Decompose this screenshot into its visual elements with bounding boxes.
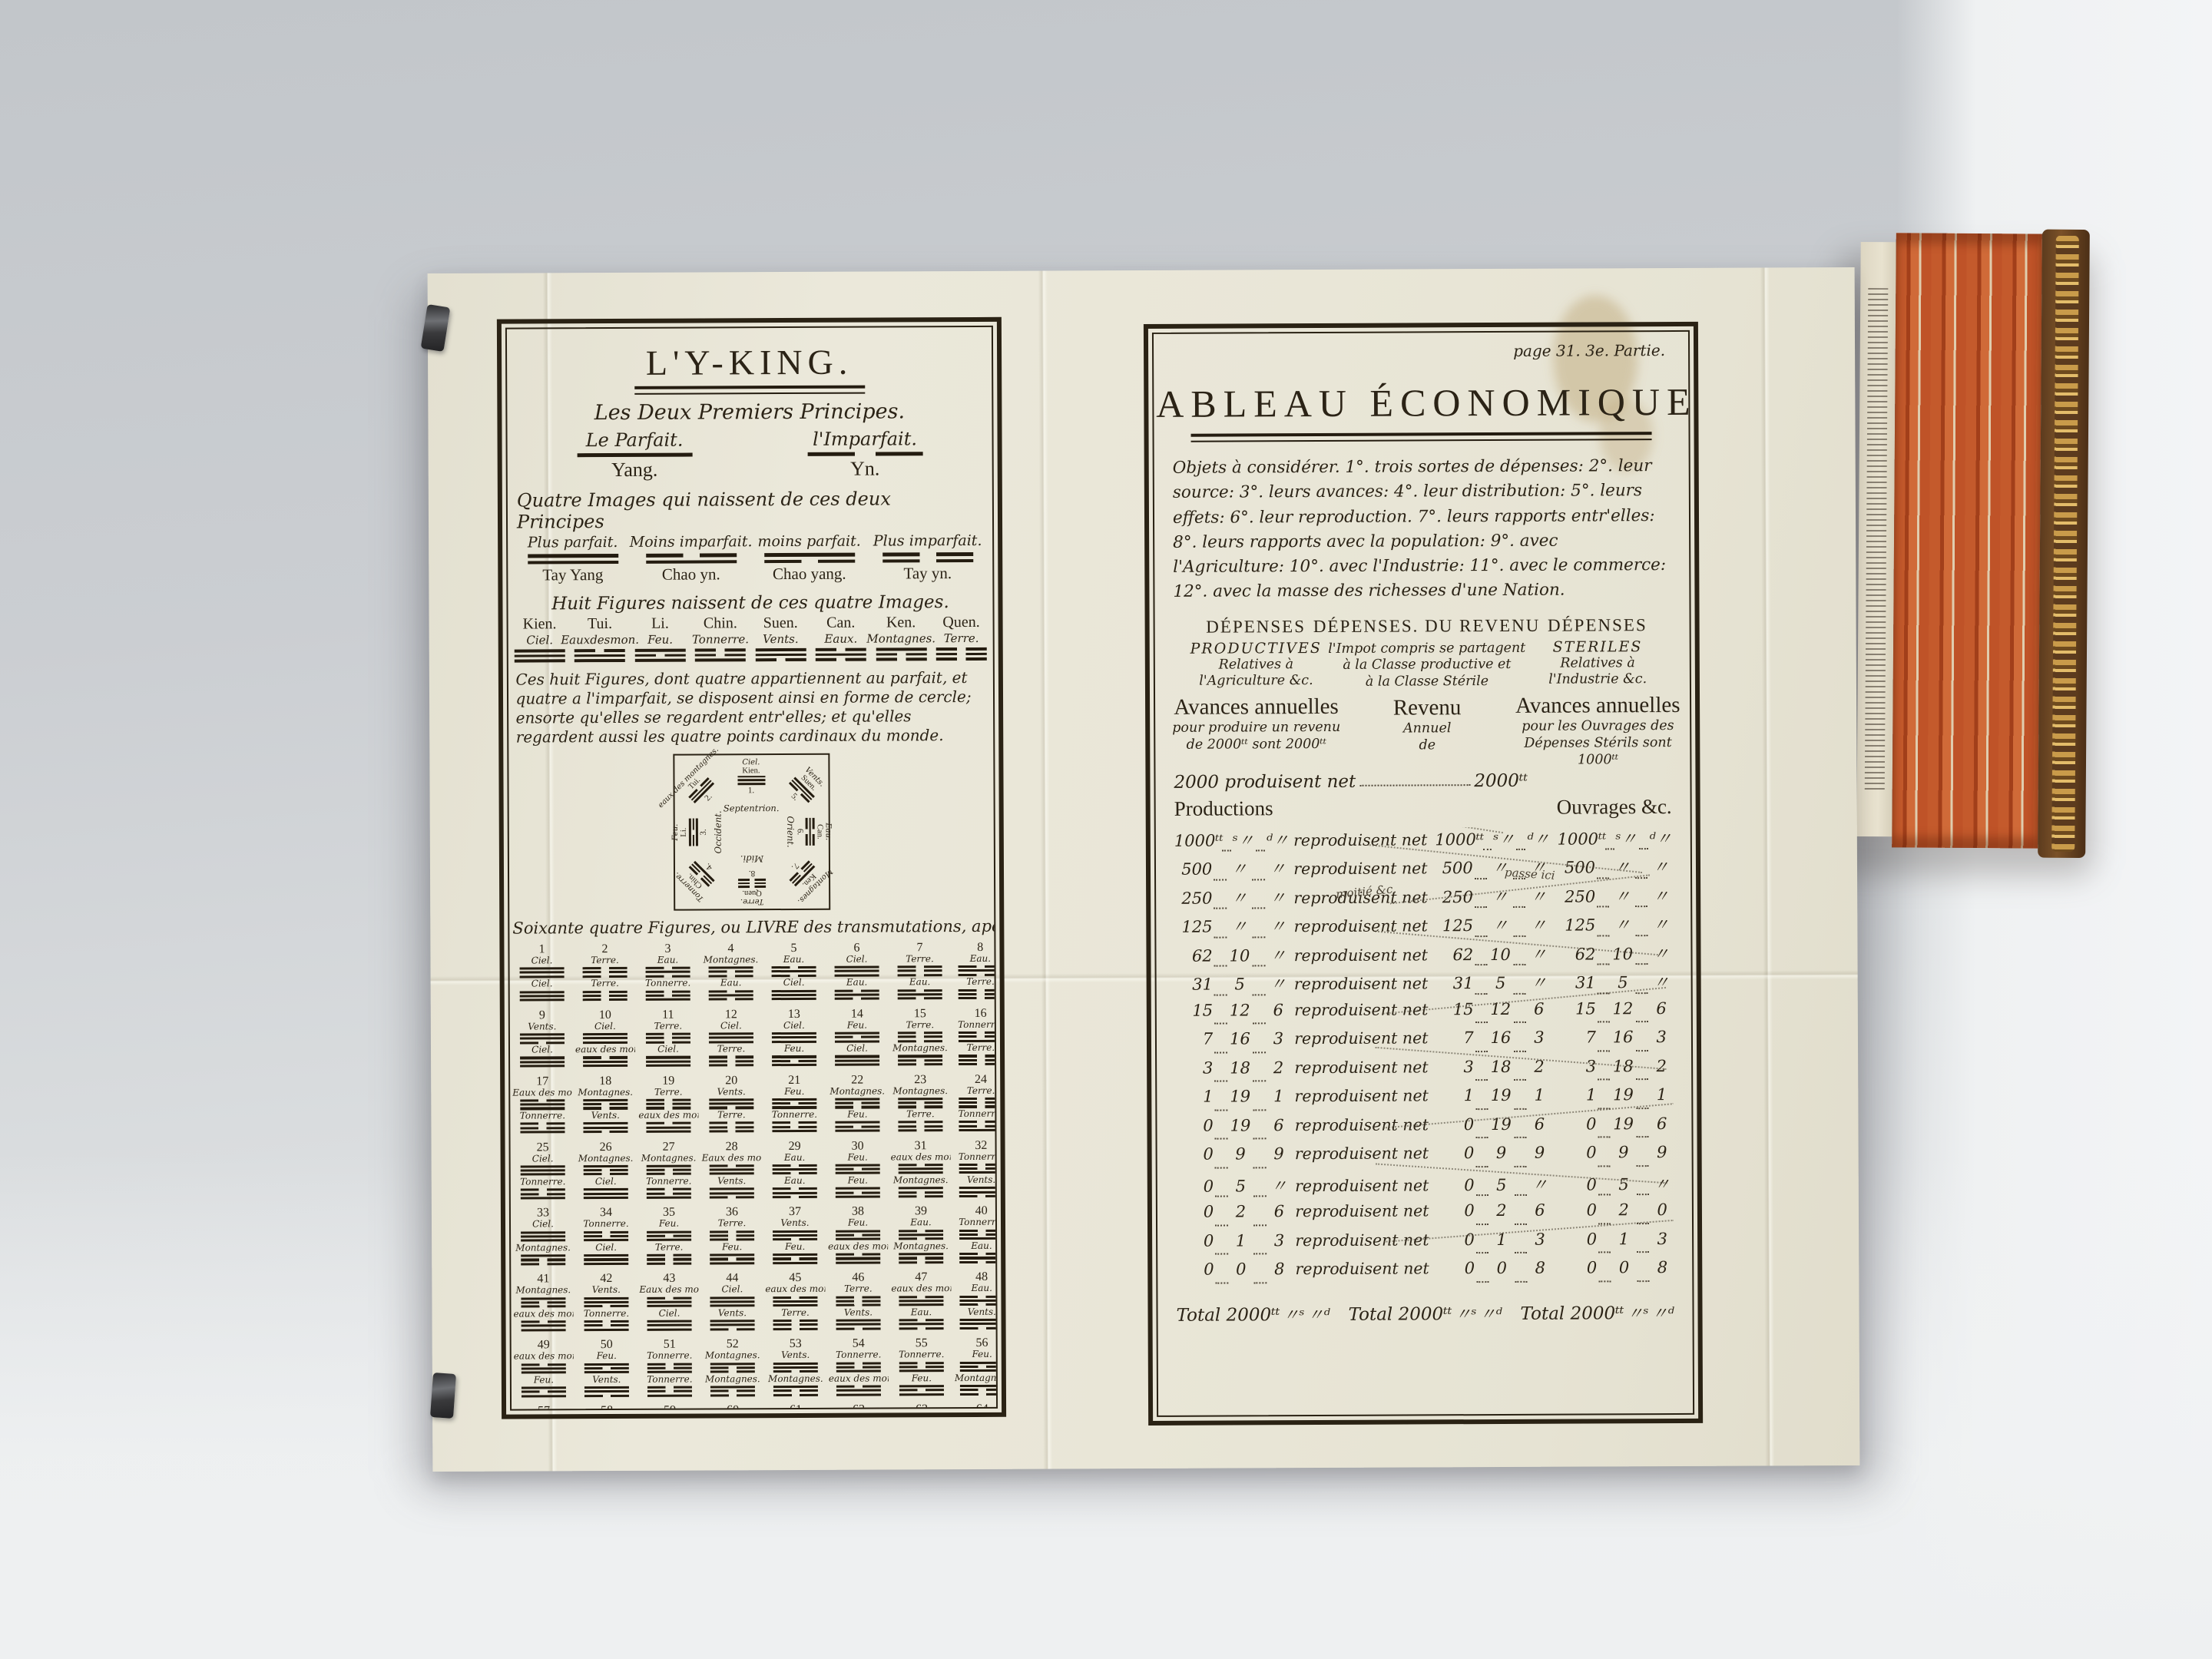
upper-trigram-label: eaux des mon. <box>514 1351 574 1362</box>
col-avances: Avances annuelles <box>1174 694 1339 720</box>
upper-trigram <box>835 1031 879 1042</box>
dots <box>1215 1167 1227 1168</box>
row-label: reproduisent net <box>1293 859 1427 879</box>
hexagram-cell: 59 Vents. Eau. <box>640 1405 700 1411</box>
left-deniers: 〃 <box>1267 1174 1290 1197</box>
hexagram-cell: 26 Montagnes. Ciel. <box>576 1141 636 1200</box>
lower-trigram <box>522 1386 566 1397</box>
hexagram-cell: 25 Ciel. Tonnerre. <box>513 1141 573 1200</box>
mid-deniers: 〃 <box>1528 942 1551 965</box>
hexagram-cell: 29 Eau. Eau. <box>765 1140 825 1199</box>
upper-trigram-label: Ciel. <box>720 1021 742 1031</box>
dots <box>1475 1108 1488 1110</box>
upper-trigram-label: Eaux des mon. <box>512 1088 572 1098</box>
fold-crease <box>1760 267 1775 1465</box>
right-livres: 125 <box>1558 916 1595 935</box>
right-livres: 0 <box>1559 1230 1597 1248</box>
lower-trigram-label: Terre. <box>906 1109 935 1120</box>
upper-trigram <box>773 1362 818 1373</box>
mid-livres: 500 <box>1435 859 1472 878</box>
upper-trigram <box>772 1032 816 1043</box>
hexagram-cell: 28 Eaux des mon. Vents. <box>702 1141 762 1200</box>
left-deniers: 〃 <box>1267 915 1290 938</box>
hexagram-number: 61 <box>790 1404 802 1411</box>
dots <box>1598 1079 1610 1081</box>
mid-deniers: 6 <box>1528 1201 1551 1220</box>
figure-element: Eaux. <box>824 632 857 646</box>
tableau-intro: Objets à considérer. 1°. trois sortes de… <box>1173 454 1671 604</box>
totals-row: Total 2000ᵗᵗ 〃ˢ 〃ᵈ Total 2000ᵗᵗ 〃ˢ 〃ᵈ <box>1176 1301 1674 1326</box>
hexagram-number: 5 <box>790 942 796 955</box>
lower-trigram-label: Vents. <box>718 1308 747 1319</box>
dots <box>1636 1050 1648 1051</box>
upper-trigram <box>584 1363 629 1373</box>
hexagram-number: 57 <box>538 1406 550 1411</box>
mid-sous: 5 <box>1490 1176 1513 1194</box>
tableau-row: 500〃〃 reproduisent net 500〃〃 500〃〃 <box>1174 855 1672 886</box>
row-label: reproduisent net <box>1294 1058 1428 1077</box>
lower-trigram <box>646 990 690 1001</box>
lower-trigram-label: Ciel. <box>846 1044 868 1055</box>
right-livres: 0 <box>1559 1201 1597 1220</box>
upper-trigram-label: Ciel. <box>846 954 868 965</box>
upper-trigram <box>709 966 753 977</box>
figure-name: Li. <box>651 615 669 633</box>
upper-trigram <box>520 1099 565 1110</box>
total-value: Total 2000ᵗᵗ <box>1520 1303 1624 1324</box>
dots <box>1215 1109 1227 1111</box>
column-revenu: DÉPENSES. DU REVENU l'Impot compris se p… <box>1339 615 1516 770</box>
trigram-circle-diagram: Ciel. Kien. 1. eaux des montagnes. Tui. … <box>673 753 830 911</box>
lower-trigram-label: Eau. <box>784 1176 806 1187</box>
upper-trigram <box>522 1363 566 1374</box>
dots <box>1475 993 1487 995</box>
col-line: à la Classe Stérile <box>1366 674 1488 691</box>
lower-trigram-label: Vents. <box>717 1176 746 1187</box>
upper-trigram <box>520 1033 565 1044</box>
mid-deniers: 6 <box>1528 1115 1551 1134</box>
slot-name: Li. <box>679 827 687 836</box>
hexagram-cell: 45 eaux des mon. Terre. <box>765 1272 825 1331</box>
hexagram-number: 22 <box>851 1074 863 1086</box>
mid-deniers: 〃 <box>1528 971 1551 994</box>
image-item: Plus imparfait. Tay yn. <box>871 532 985 584</box>
hexagram-cell: 39 Eau. Montagnes. <box>891 1206 951 1265</box>
slot-element: Feu. <box>671 823 679 840</box>
upper-trigram-label: Montagnes. <box>892 1086 948 1097</box>
dots <box>1214 1051 1227 1053</box>
upper-trigram-label: Terre. <box>654 1021 683 1031</box>
hexagram-number: 26 <box>600 1141 612 1154</box>
upper-trigram <box>647 1296 691 1307</box>
hexagram-number: 34 <box>600 1207 612 1219</box>
dots <box>1514 1022 1526 1023</box>
left-deniers: 〃 <box>1267 857 1290 880</box>
dots <box>1636 1022 1648 1023</box>
total-value: Total 2000ᵗᵗ <box>1348 1304 1452 1325</box>
digram-symbol <box>528 554 618 565</box>
mid-deniers: 〃 <box>1528 1173 1551 1196</box>
left-livres: 0 <box>1176 1203 1214 1221</box>
right-sous: 5 <box>1612 1175 1635 1194</box>
hexagram-cell: 1 Ciel. Ciel. <box>512 943 571 1002</box>
dots <box>1253 1109 1266 1111</box>
spacer <box>1528 786 1671 786</box>
row-label: reproduisent net <box>1294 1000 1428 1019</box>
lower-trigram-label: Tonnerre. <box>772 1110 817 1121</box>
image-item: Plus parfait. Tay Yang <box>516 534 630 585</box>
upper-trigram <box>836 1362 881 1373</box>
slot-trigram <box>738 879 766 888</box>
lower-trigram-label: Eau. <box>971 1241 992 1252</box>
metal-clip <box>430 1373 456 1419</box>
hexagram-number: 21 <box>788 1075 800 1087</box>
upper-trigram-label: Feu. <box>847 1020 867 1031</box>
hexagram-cell: 55 Tonnerre. Feu. <box>892 1337 952 1396</box>
image-name: Tay Yang <box>542 565 603 584</box>
left-livres: 31 <box>1175 975 1213 994</box>
upper-trigram <box>521 1297 565 1308</box>
upper-trigram <box>898 965 942 976</box>
tableau-column-headers: DÉPENSES PRODUCTIVES Relatives à l'Agric… <box>1174 615 1672 771</box>
dots <box>1214 1023 1227 1025</box>
hexagram-number: 2 <box>601 943 608 955</box>
hexagram-cell: 6 Ciel. Eau. <box>826 942 886 1001</box>
lower-trigram <box>959 988 998 999</box>
hexagram-number: 60 <box>727 1404 739 1410</box>
gilt-tooling <box>2051 236 2079 852</box>
mid-livres: 0 <box>1436 1176 1474 1194</box>
right-livres: 15 <box>1558 999 1595 1018</box>
hexagram-number: 47 <box>915 1272 927 1284</box>
mid-sous: 18 <box>1489 1058 1512 1076</box>
mid-sous: 16 <box>1489 1028 1512 1047</box>
total-sous: 〃ˢ <box>1627 1301 1648 1324</box>
figure-name: Suen. <box>763 614 798 632</box>
dots <box>1605 849 1614 850</box>
tableau-row: 6210〃 reproduisent net 6210〃 6210〃 <box>1174 942 1672 972</box>
upper-trigram-label: Tonnerre. <box>647 1351 692 1362</box>
dots <box>1516 849 1525 850</box>
hexagram-cell: 63 Eau. Feu. <box>892 1403 952 1410</box>
mid-livres: 1 <box>1436 1087 1474 1105</box>
mid-sous: 2 <box>1490 1201 1513 1220</box>
upper-trigram <box>836 1164 880 1174</box>
dots <box>1253 1253 1266 1255</box>
trigram-symbol <box>936 647 987 661</box>
hexagram-number: 9 <box>539 1009 545 1022</box>
trigram-symbol <box>515 649 565 662</box>
left-deniers: 2 <box>1267 1058 1290 1077</box>
dots <box>1214 908 1226 909</box>
revenue-line-value: 2000ᵗᵗ <box>1474 771 1528 791</box>
right-livres: 3 <box>1558 1057 1596 1075</box>
right-sous: 18 <box>1611 1057 1634 1075</box>
tableau-title: TABLEAU ÉCONOMIQUE. <box>1152 379 1694 426</box>
dots <box>1597 935 1609 936</box>
dots <box>1253 1023 1265 1025</box>
trigram-symbol <box>575 649 625 662</box>
revenue-line: 2000 produisent net 2000ᵗᵗ <box>1174 770 1671 793</box>
lower-trigram <box>835 1121 879 1132</box>
image-item: moins parfait. Chao yang. <box>753 533 866 584</box>
mid-sous: 19 <box>1490 1115 1513 1134</box>
mid-deniers: ᵈ〃 <box>1527 827 1550 850</box>
mid-deniers: 9 <box>1528 1144 1551 1162</box>
row-label: reproduisent net <box>1293 830 1427 849</box>
dots <box>1598 1280 1611 1282</box>
hexagram-number: 33 <box>537 1207 549 1220</box>
hexagram-cell: 14 Feu. Ciel. <box>827 1008 887 1067</box>
hexagram-cell: 46 Terre. Vents. <box>828 1272 888 1331</box>
dots <box>1513 906 1525 908</box>
hexagram-number: 62 <box>853 1404 865 1411</box>
left-sous: 〃 <box>1228 886 1251 909</box>
hexagram-number: 49 <box>538 1339 550 1352</box>
left-livres: 0 <box>1176 1145 1214 1164</box>
hexagram-number: 54 <box>853 1338 865 1350</box>
lower-trigram-label: Feu. <box>534 1375 554 1386</box>
lower-trigram <box>836 1385 881 1396</box>
lower-trigram <box>710 1386 755 1396</box>
dots <box>1475 906 1487 908</box>
tableau-row: 315〃 reproduisent net 315〃 315〃 <box>1175 970 1673 1001</box>
total-group: Total 2000ᵗᵗ 〃ˢ 〃ᵈ <box>1176 1303 1330 1326</box>
lower-trigram-label: Eau. <box>911 1307 932 1318</box>
left-sous: 〃 <box>1228 915 1251 938</box>
hexagram-number: 41 <box>537 1273 549 1286</box>
col-line: Relatives à <box>1560 655 1635 672</box>
upper-trigram-label: eaux des mon. <box>891 1283 951 1294</box>
dots <box>1514 1166 1526 1167</box>
row-label: reproduisent net <box>1294 917 1428 936</box>
upper-trigram <box>899 1230 943 1240</box>
hexagram-cell: 57 Vents. Vents. <box>514 1405 574 1410</box>
page-number-note: page 31. 3e. Partie. <box>1513 341 1665 360</box>
hexagram-number: 46 <box>852 1272 864 1284</box>
lower-trigram-label: Vents. <box>591 1111 620 1121</box>
lower-trigram <box>710 1187 754 1198</box>
hexagram-cell: 34 Tonnerre. Ciel. <box>576 1207 636 1266</box>
mid-sous: 19 <box>1489 1086 1512 1104</box>
image-label: Plus parfait. <box>528 534 618 551</box>
hexagram-number: 56 <box>975 1337 988 1349</box>
lower-trigram <box>899 1187 943 1197</box>
hexagram-table: 1 Ciel. Ciel. 2 Terre. Terre. 3 Eau. Ton… <box>512 942 994 1411</box>
slot-name: Kien. <box>742 767 760 775</box>
right-deniers: 8 <box>1651 1258 1674 1277</box>
slot-name: Can. <box>815 824 823 839</box>
hexagram-number: 37 <box>789 1206 801 1218</box>
total-sous: 〃ˢ <box>1283 1303 1304 1326</box>
upper-trigram-label: Tonnerre. <box>583 1219 628 1230</box>
upper-trigram <box>959 1230 998 1240</box>
dots <box>1214 879 1226 880</box>
mid-deniers: 3 <box>1528 1028 1551 1047</box>
hexagram-number: 19 <box>662 1075 674 1087</box>
upper-trigram <box>899 1296 943 1306</box>
dots <box>1637 1194 1649 1196</box>
hexagram-cell: 23 Montagnes. Terre. <box>890 1074 950 1133</box>
image-label: Plus imparfait. <box>873 532 982 550</box>
upper-trigram <box>959 1098 998 1108</box>
principle-name: Yang. <box>611 459 657 482</box>
upper-trigram-label: Terre. <box>654 1087 683 1098</box>
mid-sous: ˢ〃 <box>1493 827 1515 850</box>
left-livres: 7 <box>1175 1030 1213 1048</box>
hexagram-cell: 53 Vents. Montagnes. <box>766 1338 826 1397</box>
upper-trigram-label: Tonnerre. <box>899 1349 944 1360</box>
dots <box>1515 1224 1527 1225</box>
cardinal-east: Orient. <box>786 816 796 847</box>
mid-deniers: 8 <box>1528 1259 1551 1277</box>
dots <box>1513 964 1525 965</box>
dots <box>1475 1137 1488 1138</box>
two-principles: Le Parfait. Yang. l'Imparfait. Yn. <box>550 428 949 482</box>
slot-number: 3. <box>698 829 707 835</box>
lower-trigram-label: Montagnes. <box>892 1043 948 1054</box>
upper-trigram-label: Vents. <box>780 1218 809 1229</box>
hexagram-number: 17 <box>536 1075 548 1088</box>
hexagram-number: 58 <box>601 1405 613 1410</box>
right-sous: 9 <box>1612 1144 1635 1162</box>
lower-trigram <box>710 1253 754 1264</box>
tableau-panel: page 31. 3e. Partie. TABLEAU ÉCONOMIQUE.… <box>1144 322 1703 1426</box>
figure-element: Montagnes. <box>866 631 935 645</box>
dots <box>1214 936 1227 938</box>
slot-name: Quen. <box>742 889 761 897</box>
figure-element: Ciel. <box>526 633 553 647</box>
digram-symbol <box>646 553 737 564</box>
figure-item: Chin. Tonnerre. <box>691 614 750 661</box>
digram-symbol <box>764 553 855 564</box>
upper-trigram-label: Vents. <box>528 1022 556 1032</box>
image-label: Moins imparfait. <box>630 533 753 551</box>
lower-trigram <box>772 1055 816 1066</box>
bound-book <box>1856 228 2090 858</box>
right-deniers: 9 <box>1651 1143 1674 1161</box>
upper-trigram <box>960 1361 998 1372</box>
dots <box>1253 1081 1265 1082</box>
hexagram-number: 14 <box>851 1008 863 1020</box>
left-deniers: 3 <box>1267 1030 1290 1048</box>
total-deniers: 〃ᵈ <box>1307 1303 1330 1326</box>
upper-trigram <box>584 1297 628 1308</box>
dots <box>1253 965 1265 967</box>
lower-trigram <box>959 1253 998 1263</box>
lower-trigram-label: Vents. <box>592 1375 621 1386</box>
hexagram-cell: 19 Terre. eaux des mon. <box>638 1075 698 1134</box>
upper-trigram <box>583 1099 628 1110</box>
slot-number: 6. <box>795 829 804 835</box>
hexagram-number: 36 <box>726 1207 738 1219</box>
upper-trigram <box>584 1165 628 1176</box>
left-sous: 0 <box>1230 1260 1253 1279</box>
hexagram-cell: 30 Feu. Feu. <box>828 1140 888 1199</box>
mid-livres: 0 <box>1436 1115 1474 1134</box>
dots <box>1256 850 1265 852</box>
dots <box>1598 1165 1611 1167</box>
dots <box>1476 1194 1488 1196</box>
lower-trigram <box>898 989 942 1000</box>
hexagram-number: 39 <box>915 1206 927 1218</box>
dots <box>1482 849 1492 850</box>
total-line: Total 2000ᵗᵗ 〃ˢ 〃ᵈ <box>1176 1303 1330 1326</box>
row-label: reproduisent net <box>1295 1202 1429 1221</box>
lower-trigram-label: eaux des mon. <box>829 1373 889 1384</box>
tableau-row: 250〃〃 reproduisent net 250〃〃 250〃〃 <box>1174 884 1672 915</box>
leather-board <box>2038 230 2090 858</box>
trigram-symbol <box>816 648 866 661</box>
upper-trigram <box>772 1098 816 1109</box>
lower-trigram <box>521 1254 565 1265</box>
right-livres: 1 <box>1558 1086 1596 1104</box>
lower-trigram <box>959 1319 998 1330</box>
hexagram-cell: 43 Eaux des mon. Ciel. <box>639 1273 699 1332</box>
lower-trigram-label: Ciel. <box>783 978 805 988</box>
upper-trigram-label: Terre. <box>906 1020 935 1031</box>
figure-element: Feu. <box>647 633 673 647</box>
lower-trigram <box>959 1187 998 1197</box>
foldout-plate: L'Y-KING. Les Deux Premiers Principes. L… <box>428 267 1860 1472</box>
right-livres: 31 <box>1558 974 1595 992</box>
hexagram-number: 10 <box>599 1009 611 1022</box>
hexagram-number: 32 <box>975 1139 987 1151</box>
upper-trigram <box>959 1164 998 1174</box>
dots <box>1515 1194 1527 1196</box>
right-sous: 5 <box>1611 974 1634 992</box>
lower-trigram-label: Terre. <box>717 1044 746 1055</box>
dots <box>1515 1252 1527 1253</box>
figure-element: Terre. <box>944 631 979 645</box>
dots <box>1598 1194 1611 1196</box>
mid-livres: 0 <box>1436 1202 1474 1220</box>
hexagram-cell: 32 Tonnerre. Vents. <box>954 1139 998 1198</box>
circle-paragraph: Ces huit Figures, dont quatre appartienn… <box>515 668 985 747</box>
column-productive: DÉPENSES PRODUCTIVES Relatives à l'Agric… <box>1174 616 1339 770</box>
lower-trigram-label: Montagnes. <box>515 1243 571 1253</box>
dots <box>1514 1108 1526 1110</box>
upper-trigram-label: Terre. <box>718 1219 747 1230</box>
figure-item: Can. Eaux. <box>812 614 870 661</box>
col-line: de 2000ᵗᵗ sont 2000ᵗᵗ <box>1187 737 1327 754</box>
hexagram-cell: 3 Eau. Tonnerre. <box>637 942 697 1002</box>
figures-heading: Huit Figures naissent de ces quatre Imag… <box>551 592 949 614</box>
lower-trigram <box>709 990 753 1001</box>
dots <box>1215 1253 1227 1255</box>
lower-trigram <box>836 1320 881 1330</box>
left-livres: 0 <box>1176 1231 1214 1250</box>
right-livres: 0 <box>1558 1114 1596 1133</box>
left-deniers: 〃 <box>1267 886 1290 909</box>
upper-trigram-label: Eaux des mon. <box>639 1285 699 1296</box>
upper-trigram <box>647 1164 691 1175</box>
dots <box>1513 935 1525 937</box>
row-label: reproduisent net <box>1293 888 1427 907</box>
image-name: Tay yn. <box>903 564 952 583</box>
slot-element: Ciel. <box>742 758 760 767</box>
hexagram-cell: 38 Feu. eaux des mon. <box>828 1206 888 1265</box>
dots <box>1475 964 1487 965</box>
upper-trigram-label: Eaux des mon. <box>702 1153 762 1164</box>
figure-item: Quen. Terre. <box>932 614 990 661</box>
lower-trigram <box>647 1254 691 1265</box>
left-livres: 1 <box>1175 1088 1213 1106</box>
mid-deniers: 2 <box>1528 1058 1551 1076</box>
dots <box>1476 1224 1488 1225</box>
mid-deniers: 〃 <box>1527 885 1550 908</box>
principle-parfait: Le Parfait. Yang. <box>550 429 719 482</box>
